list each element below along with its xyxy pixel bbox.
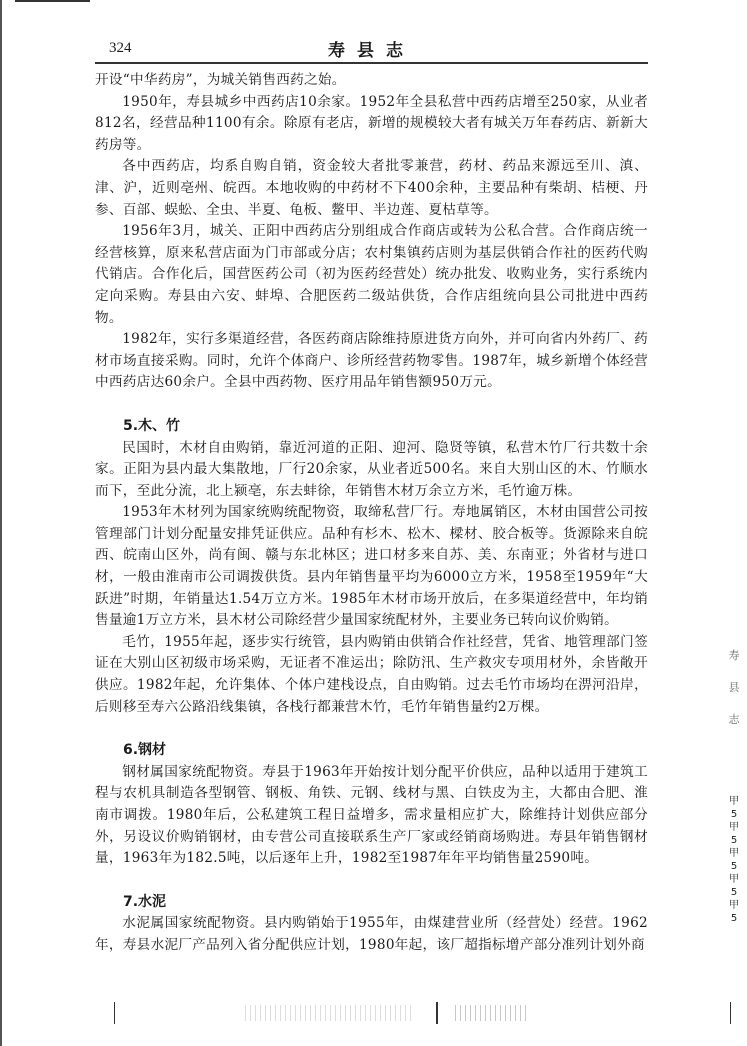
margin-code: 甲 [727, 847, 741, 860]
paragraph: 民国时，木材自由购销，靠近河道的正阳、迎河、隐贤等镇，私营木竹厂行共数十余家。正… [95, 438, 648, 503]
paragraph: 毛竹，1955年起，逐步实行统管，县内购销由供销合作社经营，凭省、地管理部门签证… [95, 632, 648, 718]
scan-left-border [0, 0, 2, 1046]
margin-code: 5 [727, 860, 741, 873]
scan-top-mark [15, 0, 90, 2]
margin-code: 甲 [727, 899, 741, 912]
scan-noise [245, 1005, 415, 1021]
bleed-char: 寿 [727, 640, 741, 672]
paragraph: 1950年，寿县城乡中西药店10余家。1952年全县私营中西药店增至250家，从… [95, 92, 648, 157]
header-rule [95, 62, 648, 64]
paragraph: 钢材属国家统配物资。寿县于1963年开始按计划分配平价供应，品种以适用于建筑工程… [95, 762, 648, 870]
bleed-char: 志 [727, 704, 741, 736]
margin-code: 甲 [727, 873, 741, 886]
paragraph: 1982年，实行多渠道经营，各医药商店除维持原进货方向外，并可向省内外药厂、药材… [95, 329, 648, 394]
page-body: 开设“中华药房”，为城关销售西药之始。 1950年，寿县城乡中西药店10余家。1… [95, 70, 648, 957]
section-heading-steel: 6.钢材 [95, 740, 648, 762]
scan-noise [455, 1005, 530, 1021]
section-heading-wood-bamboo: 5.木、竹 [95, 416, 648, 438]
scan-bottom-mark [436, 1002, 438, 1024]
paragraph: 1953年木材列为国家统购统配物资，取缔私营厂行。寿地属销区，木材由国营公司按管… [95, 502, 648, 632]
bleed-char: 县 [727, 672, 741, 704]
scan-bottom-mark [730, 1002, 731, 1024]
margin-code: 5 [727, 886, 741, 899]
paragraph: 各中西药店，均系自购自销，资金较大者批零兼营，药材、药品来源远至川、滇、津、沪，… [95, 156, 648, 221]
margin-code: 5 [727, 912, 741, 925]
margin-code: 甲 [727, 821, 741, 834]
paragraph: 1956年3月，城关、正阳中西药店分别组成合作商店或转为公私合营。合作商店统一经… [95, 221, 648, 329]
paragraph: 开设“中华药房”，为城关销售西药之始。 [95, 70, 648, 92]
margin-bleed-through: 寿 县 志 [727, 640, 741, 736]
paragraph: 水泥属国家统配物资。县内购销始于1955年，由煤建营业所（经营处）经营。1962… [95, 913, 648, 956]
margin-codes: 甲 5 甲 5 甲 5 甲 5 甲 5 [727, 795, 741, 925]
section-heading-cement: 7.水泥 [95, 892, 648, 914]
scan-bottom-mark [114, 1002, 115, 1024]
page-header: 324 寿县志 [95, 36, 648, 62]
margin-code: 5 [727, 808, 741, 821]
margin-code: 5 [727, 834, 741, 847]
margin-code: 甲 [727, 795, 741, 808]
running-title: 寿县志 [95, 36, 648, 61]
